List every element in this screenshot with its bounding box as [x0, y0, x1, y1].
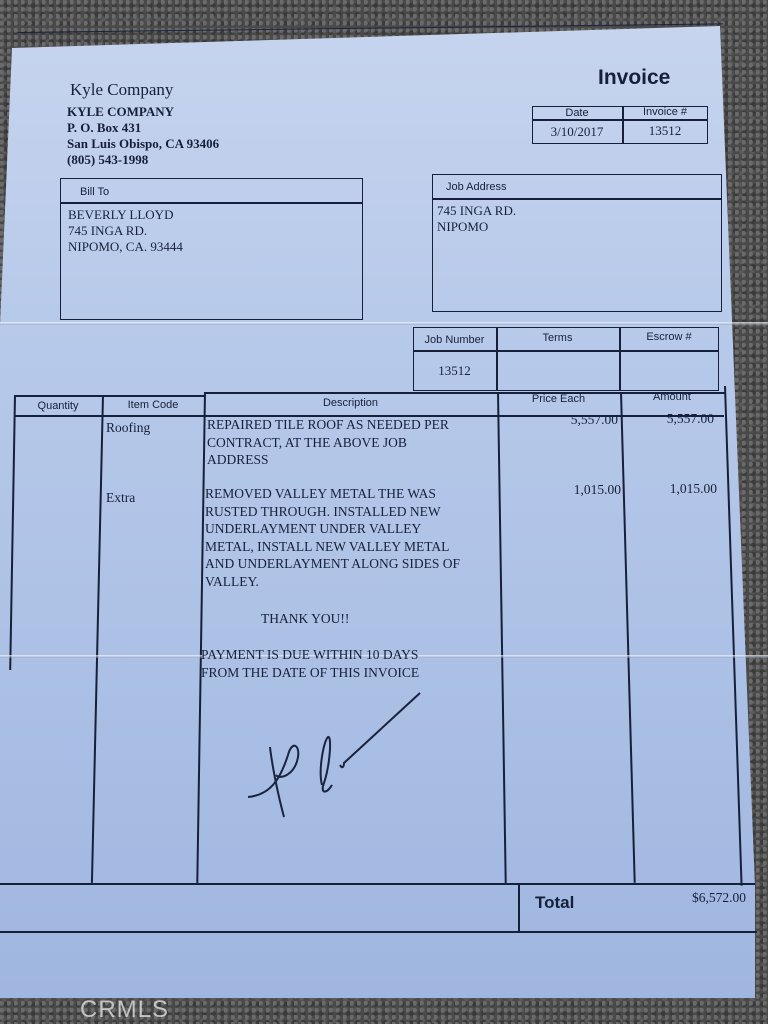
row1-description-line: ADDRESS [207, 451, 497, 469]
invoice-number-label: Invoice # [622, 106, 708, 118]
column-header-amount: Amount [620, 391, 724, 403]
payment-note-line: FROM THE DATE OF THIS INVOICE [201, 664, 419, 682]
row2-price-each: 1,015.00 [500, 482, 621, 498]
company-address-block: KYLE COMPANY P. O. Box 431 San Luis Obis… [67, 104, 219, 168]
company-phone: (805) 543-1998 [67, 152, 219, 168]
row1-price-each: 5,557.00 [500, 412, 618, 428]
row2-amount: 1,015.00 [620, 481, 717, 497]
total-label: Total [535, 893, 574, 913]
divider [413, 350, 719, 352]
job-number-value: 13512 [413, 363, 496, 379]
column-header-quantity: Quantity [14, 400, 102, 412]
row1-description-line: REPAIRED TILE ROOF AS NEEDED PER [207, 416, 497, 434]
job-address-box [432, 174, 722, 312]
row2-description-line: AND UNDERLAYMENT ALONG SIDES OF [205, 555, 500, 573]
job-address-lines: 745 INGA RD. NIPOMO [437, 203, 516, 235]
row1-description-line: CONTRACT, AT THE ABOVE JOB [207, 434, 497, 452]
paper-fold [0, 322, 768, 325]
company-city: San Luis Obispo, CA 93406 [67, 136, 219, 152]
bill-to-city: NIPOMO, CA. 93444 [68, 239, 183, 255]
column-header-item-code: Item Code [102, 399, 204, 411]
bill-to-name: BEVERLY LLOYD [68, 207, 183, 223]
total-value: $6,572.00 [620, 890, 746, 906]
date-label: Date [532, 107, 622, 119]
date-value: 3/10/2017 [532, 124, 622, 140]
column-header-description: Description [204, 397, 497, 409]
company-po-box: P. O. Box 431 [67, 120, 219, 136]
divider [518, 883, 520, 931]
payment-note-line: PAYMENT IS DUE WITHIN 10 DAYS [201, 646, 419, 664]
divider [532, 119, 708, 121]
bill-to-label: Bill To [80, 186, 109, 198]
job-address-street: 745 INGA RD. [437, 203, 516, 219]
column-header-price-each: Price Each [497, 393, 620, 405]
row1-description: REPAIRED TILE ROOF AS NEEDED PER CONTRAC… [207, 416, 497, 469]
crmls-watermark: CRMLS [80, 996, 169, 1024]
divider [0, 931, 757, 933]
job-address-city: NIPOMO [437, 219, 516, 235]
bill-to-street: 745 INGA RD. [68, 223, 183, 239]
escrow-label: Escrow # [619, 331, 719, 343]
company-display-name: Kyle Company [70, 80, 173, 100]
row2-description-line: UNDERLAYMENT UNDER VALLEY [205, 520, 500, 538]
bill-to-address: BEVERLY LLOYD 745 INGA RD. NIPOMO, CA. 9… [68, 207, 183, 255]
invoice-number-value: 13512 [622, 123, 708, 139]
job-number-label: Job Number [413, 334, 496, 346]
divider [432, 198, 722, 200]
document-title: Invoice [598, 66, 670, 90]
row2-description-line: REMOVED VALLEY METAL THE WAS [205, 485, 500, 503]
divider [60, 202, 363, 204]
job-address-label: Job Address [446, 181, 507, 193]
thank-you-note: THANK YOU!! [261, 610, 349, 628]
row2-description-line: VALLEY. [205, 573, 500, 591]
row2-description-line: METAL, INSTALL NEW VALLEY METAL [205, 538, 500, 556]
payment-terms-note: PAYMENT IS DUE WITHIN 10 DAYS FROM THE D… [201, 646, 419, 681]
row1-item-code: Roofing [106, 419, 150, 437]
signature-icon [240, 685, 430, 825]
row1-amount: 5,557.00 [620, 411, 714, 427]
divider [14, 395, 204, 397]
row2-item-code: Extra [106, 489, 135, 507]
row2-description-line: RUSTED THROUGH. INSTALLED NEW [205, 503, 500, 521]
divider [0, 883, 755, 885]
terms-label: Terms [496, 332, 619, 344]
row2-description: REMOVED VALLEY METAL THE WAS RUSTED THRO… [205, 485, 500, 590]
company-name: KYLE COMPANY [67, 104, 219, 120]
